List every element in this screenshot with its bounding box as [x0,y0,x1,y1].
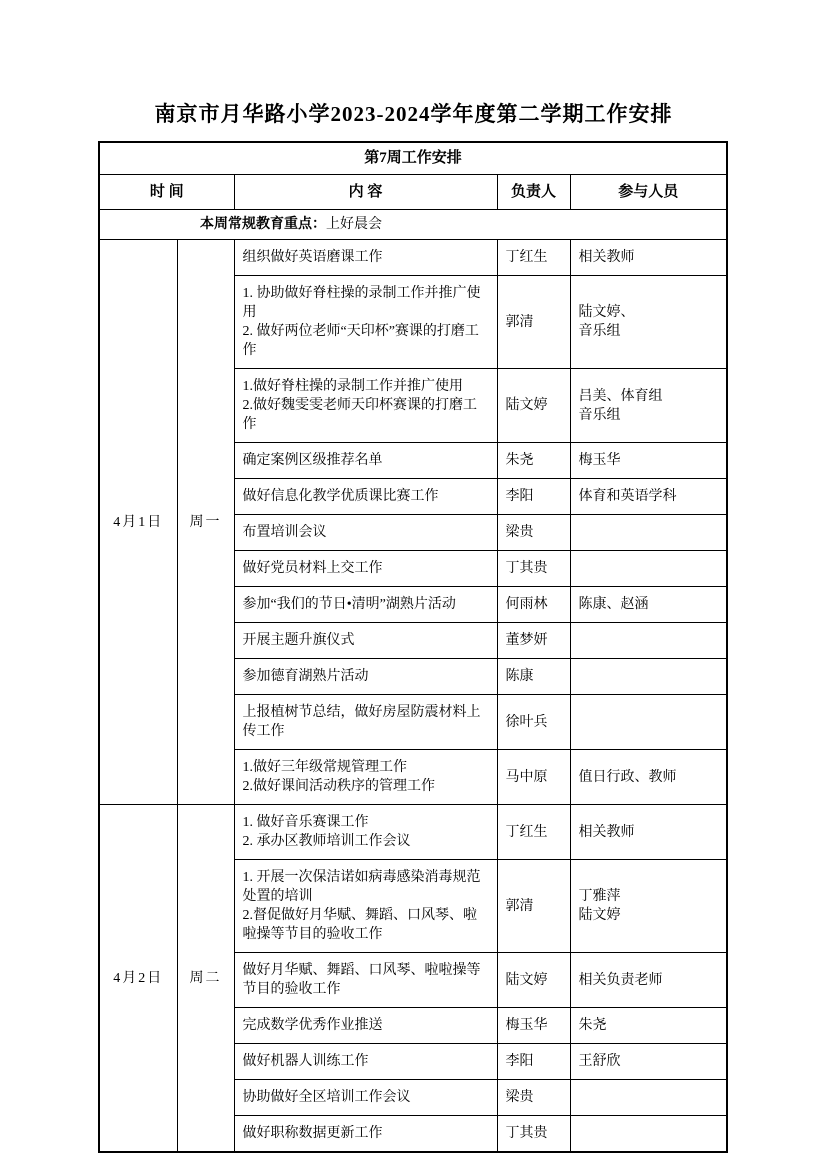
week-title-row: 第7周工作安排 [99,142,727,175]
week-title: 第7周工作安排 [99,142,727,175]
task-participants: 相关教师 [570,240,727,276]
task-participants [570,1080,727,1116]
work-schedule-table: 第7周工作安排 时 间 内 容 负责人 参与人员 本周常规教育重点：上好晨会 4… [98,141,728,1153]
task-participants: 相关负责老师 [570,953,727,1008]
task-participants: 相关教师 [570,805,727,860]
task-content: 1.做好脊柱操的录制工作并推广使用 2.做好魏雯雯老师天印杯赛课的打磨工作 [234,369,497,443]
task-content: 做好职称数据更新工作 [234,1116,497,1153]
task-participants: 梅玉华 [570,443,727,479]
header-row: 时 间 内 容 负责人 参与人员 [99,175,727,210]
task-owner: 马中原 [497,750,570,805]
task-participants: 体育和英语学科 [570,479,727,515]
task-owner: 陆文婷 [497,369,570,443]
task-participants [570,551,727,587]
task-content: 1. 协助做好脊柱操的录制工作并推广使用 2. 做好两位老师“天印杯”赛课的打磨… [234,276,497,369]
weekly-focus-label: 本周常规教育重点： [200,217,326,232]
task-owner: 丁红生 [497,240,570,276]
task-content: 做好机器人训练工作 [234,1044,497,1080]
task-content: 1.做好三年级常规管理工作 2.做好课间活动秩序的管理工作 [234,750,497,805]
task-participants [570,623,727,659]
weekly-focus-row: 本周常规教育重点：上好晨会 [99,210,727,240]
task-participants [570,695,727,750]
task-participants: 值日行政、教师 [570,750,727,805]
task-content: 1. 做好音乐赛课工作 2. 承办区教师培训工作会议 [234,805,497,860]
task-content: 做好信息化教学优质课比赛工作 [234,479,497,515]
weekday-cell-day1: 周一 [177,240,234,805]
task-content: 确定案例区级推荐名单 [234,443,497,479]
task-owner: 丁其贵 [497,1116,570,1153]
task-participants [570,659,727,695]
header-content: 内 容 [234,175,497,210]
task-owner: 李阳 [497,1044,570,1080]
task-participants [570,515,727,551]
task-owner: 郭清 [497,276,570,369]
task-content: 做好党员材料上交工作 [234,551,497,587]
header-owner: 负责人 [497,175,570,210]
task-participants: 朱尧 [570,1008,727,1044]
task-participants [570,1116,727,1153]
header-time: 时 间 [99,175,234,210]
task-content: 参加德育湖熟片活动 [234,659,497,695]
task-owner: 丁红生 [497,805,570,860]
task-owner: 梁贵 [497,515,570,551]
task-content: 布置培训会议 [234,515,497,551]
page-title: 南京市月华路小学2023-2024学年度第二学期工作安排 [0,98,827,128]
task-participants: 吕美、体育组 音乐组 [570,369,727,443]
date-cell-day2: 4月2日 [99,805,177,1153]
weekday-cell-day2: 周二 [177,805,234,1153]
task-owner: 陈康 [497,659,570,695]
task-participants: 丁雅萍 陆文婷 [570,860,727,953]
task-content: 开展主题升旗仪式 [234,623,497,659]
task-content: 参加“我们的节日•清明”湖熟片活动 [234,587,497,623]
task-owner: 何雨林 [497,587,570,623]
task-owner: 丁其贵 [497,551,570,587]
task-participants: 王舒欣 [570,1044,727,1080]
table-row: 4月1日 周一 组织做好英语磨课工作 丁红生 相关教师 [99,240,727,276]
task-content: 做好月华赋、舞蹈、口风琴、啦啦操等节目的验收工作 [234,953,497,1008]
task-content: 完成数学优秀作业推送 [234,1008,497,1044]
task-owner: 陆文婷 [497,953,570,1008]
task-content: 1. 开展一次保洁诺如病毒感染消毒规范处置的培训 2.督促做好月华赋、舞蹈、口风… [234,860,497,953]
table-row: 4月2日 周二 1. 做好音乐赛课工作 2. 承办区教师培训工作会议 丁红生 相… [99,805,727,860]
task-owner: 朱尧 [497,443,570,479]
task-owner: 董梦妍 [497,623,570,659]
task-content: 上报植树节总结，做好房屋防震材料上传工作 [234,695,497,750]
date-cell-day1: 4月1日 [99,240,177,805]
task-owner: 徐叶兵 [497,695,570,750]
header-participants: 参与人员 [570,175,727,210]
task-owner: 李阳 [497,479,570,515]
task-owner: 梅玉华 [497,1008,570,1044]
task-participants: 陈康、赵涵 [570,587,727,623]
task-owner: 梁贵 [497,1080,570,1116]
weekly-focus-cell: 本周常规教育重点：上好晨会 [99,210,727,240]
weekly-focus-value: 上好晨会 [326,217,382,232]
task-owner: 郭清 [497,860,570,953]
task-participants: 陆文婷、 音乐组 [570,276,727,369]
task-content: 协助做好全区培训工作会议 [234,1080,497,1116]
task-content: 组织做好英语磨课工作 [234,240,497,276]
